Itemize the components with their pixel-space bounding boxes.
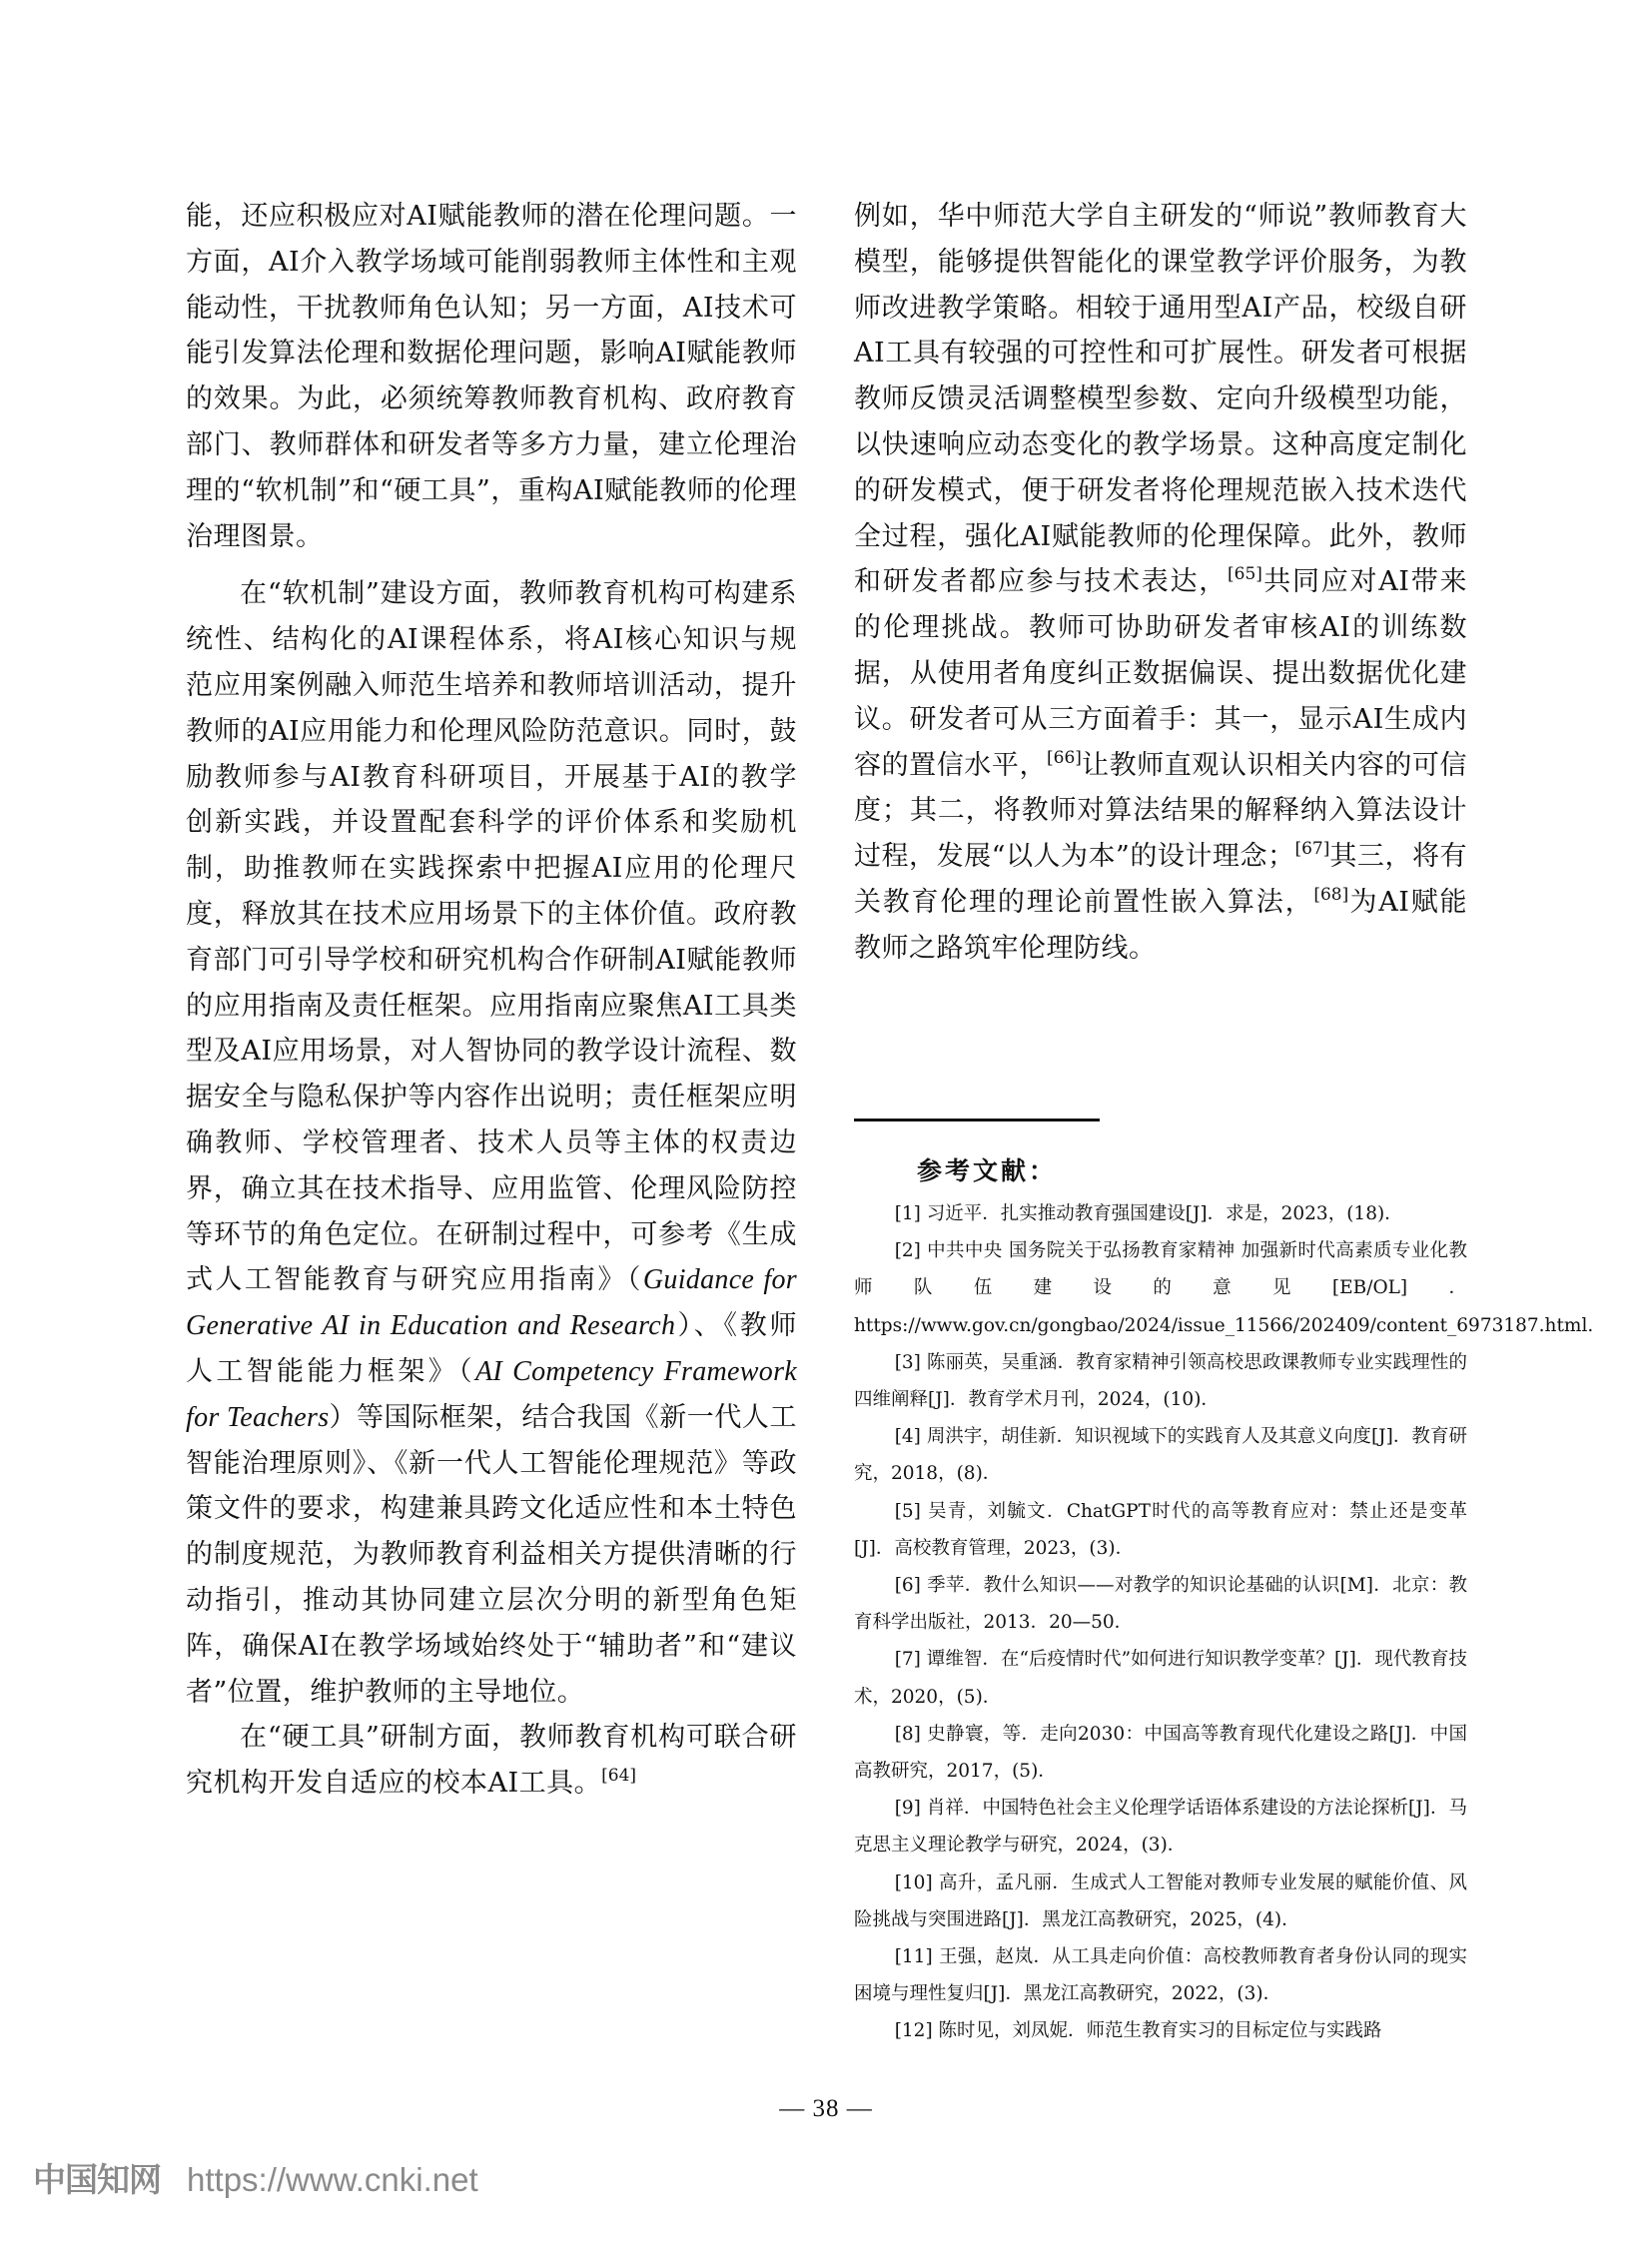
watermark-brand: 中国知网: [33, 2161, 161, 2198]
citation-marker[interactable]: [67]: [1294, 839, 1329, 859]
citation-marker[interactable]: [65]: [1228, 564, 1262, 584]
body-paragraph: 能，还应积极应对AI赋能教师的潜在伦理问题。一方面，AI介入教学场域可能削弱教师…: [186, 194, 797, 559]
references-divider: [854, 1119, 1100, 1121]
paragraph-text: ）等国际框架，结合我国《新一代人工智能治理原则》、《新一代人工智能伦理规范》等政…: [186, 1402, 797, 1708]
citation-marker[interactable]: [64]: [601, 1766, 636, 1786]
citation-marker[interactable]: [66]: [1047, 748, 1082, 768]
reference-item: [7] 谭维智．在“后疫情时代”如何进行知识教学变革？[J]．现代教育技术，20…: [854, 1641, 1467, 1715]
watermark-url[interactable]: https://www.cnki.net: [187, 2161, 478, 2198]
reference-item: [5] 吴青，刘毓文．ChatGPT时代的高等教育应对：禁止还是变革[J]．高校…: [854, 1493, 1467, 1567]
cnki-watermark: 中国知网https://www.cnki.net: [33, 2154, 478, 2201]
reference-item: [3] 陈丽英，吴重涵．教育家精神引领高校思政课教师专业实践理性的四维阐释[J]…: [854, 1344, 1467, 1418]
paragraph-text: 在“软机制”建设方面，教师教育机构可构建系统性、结构化的AI课程体系，将AI核心…: [186, 578, 797, 1295]
reference-item: [12] 陈时见，刘凤妮．师范生教育实习的目标定位与实践路: [854, 2012, 1467, 2049]
reference-item: [8] 史静寰，等．走向2030：中国高等教育现代化建设之路[J]．中国高教研究…: [854, 1716, 1467, 1790]
reference-item: [9] 肖祥．中国特色社会主义伦理学话语体系建设的方法论探析[J]．马克思主义理…: [854, 1790, 1467, 1864]
reference-item: [10] 高升，孟凡丽．生成式人工智能对教师专业发展的赋能价值、风险挑战与突围进…: [854, 1865, 1467, 1938]
body-paragraph-soft-mechanism: 在“软机制”建设方面，教师教育机构可构建系统性、结构化的AI课程体系，将AI核心…: [186, 571, 797, 1715]
right-column: 例如，华中师范大学自主研发的“师说”教师教育大模型，能够提供智能化的课堂教学评价…: [854, 194, 1467, 972]
citation-marker[interactable]: [68]: [1313, 885, 1348, 905]
page-number: — 38 —: [0, 2095, 1652, 2123]
left-column: 能，还应积极应对AI赋能教师的潜在伦理问题。一方面，AI介入教学场域可能削弱教师…: [186, 194, 797, 1807]
paragraph-text: 共同应对AI带来的伦理挑战。教师可协助研发者审核AI的训练数据，从使用者角度纠正…: [854, 566, 1467, 780]
reference-item: [2] 中共中央 国务院关于弘扬教育家精神 加强新时代高素质专业化教师队伍建设的…: [854, 1232, 1467, 1344]
reference-item: [1] 习近平．扎实推动教育强国建设[J]．求是，2023，(18)．: [854, 1195, 1467, 1232]
paragraph-text: 在“硬工具”研制方面，教师教育机构可联合研究机构开发自适应的校本AI工具。: [186, 1722, 797, 1799]
reference-item: [4] 周洪宇，胡佳新．知识视域下的实践育人及其意义向度[J]．教育研究，201…: [854, 1418, 1467, 1492]
paragraph-text: 例如，华中师范大学自主研发的“师说”教师教育大模型，能够提供智能化的课堂教学评价…: [854, 201, 1467, 597]
body-paragraph-hard-tools: 在“硬工具”研制方面，教师教育机构可联合研究机构开发自适应的校本AI工具。[64…: [186, 1715, 797, 1807]
reference-item: [6] 季苹．教什么知识——对教学的知识论基础的认识[M]．北京：教育科学出版社…: [854, 1567, 1467, 1641]
references-list: [1] 习近平．扎实推动教育强国建设[J]．求是，2023，(18)． [2] …: [854, 1195, 1467, 2050]
reference-item: [11] 王强，赵岚．从工具走向价值：高校教师教育者身份认同的现实困境与理性复归…: [854, 1938, 1467, 2012]
body-paragraph: 例如，华中师范大学自主研发的“师说”教师教育大模型，能够提供智能化的课堂教学评价…: [854, 194, 1467, 972]
references-heading: 参考文献：: [917, 1151, 1057, 1187]
